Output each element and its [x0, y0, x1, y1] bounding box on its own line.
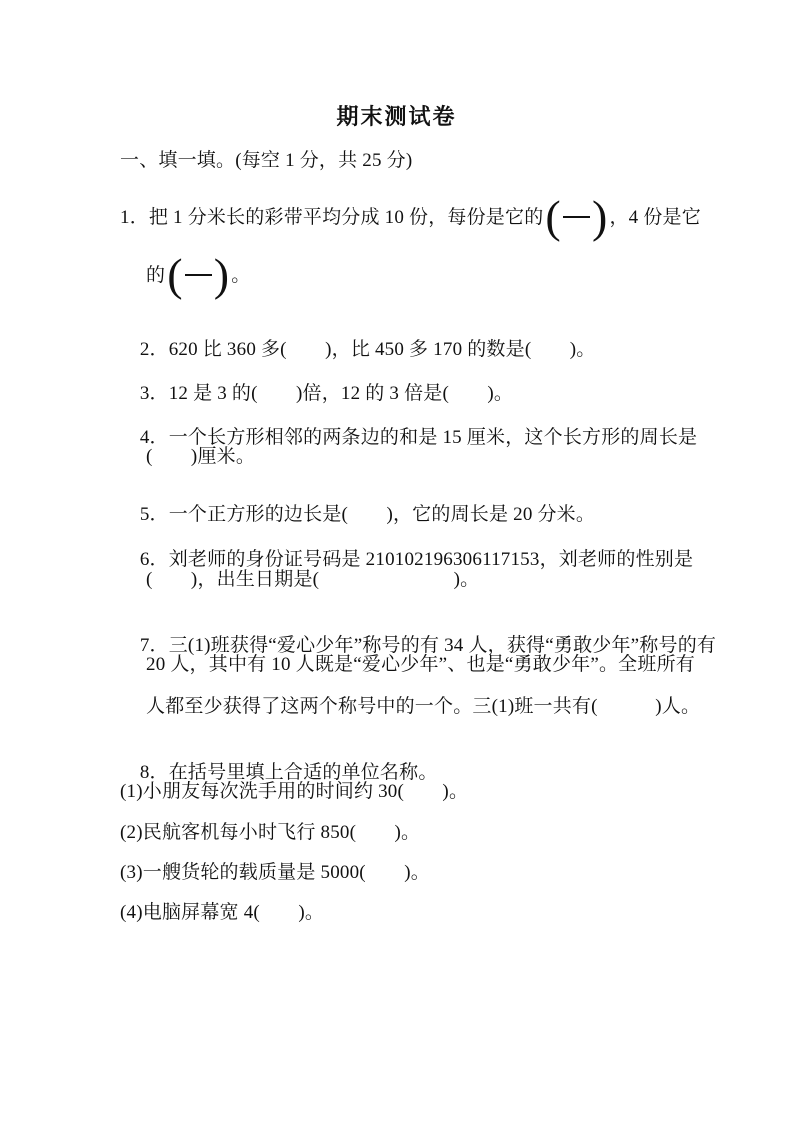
page-title: 期末测试卷 [0, 100, 793, 131]
section-heading: 一、填一填。(每空 1 分，共 25 分) [120, 149, 412, 172]
question-4-line-2: ( )厘米。 [146, 445, 255, 468]
question-7-line-3: 人都至少获得了这两个称号中的一个。三(1)班一共有( )人。 [146, 695, 700, 718]
question-1-line-2: 的()。 [146, 246, 250, 304]
question-1-line-1: 1．把 1 分米长的彩带平均分成 10 份，每份是它的()，4 份是它 [120, 188, 701, 246]
question-1-text-pre: 把 1 分米长的彩带平均分成 10 份，每份是它的 [149, 206, 544, 229]
question-1-line2-post: 。 [231, 264, 250, 287]
fraction-blank-icon: () [545, 192, 607, 242]
fraction-bar [185, 274, 212, 276]
question-8-item-1: (1)小朋友每次洗手用的时间约 30( )。 [120, 780, 468, 803]
fraction-open-paren: ( [167, 250, 183, 300]
question-1-line2-pre: 的 [146, 264, 165, 287]
question-5-number: 5． [140, 504, 169, 525]
question-8-item-4: (4)电脑屏幕宽 4( )。 [120, 901, 324, 924]
fraction-open-paren: ( [545, 192, 561, 242]
question-6-text: 刘老师的身份证号码是 210102196306117153，刘老师的性别是 [169, 549, 693, 570]
fraction-bar [563, 216, 590, 218]
fraction-blank-icon: () [167, 250, 229, 300]
question-2-number: 2． [140, 339, 169, 360]
question-8-item-3: (3)一艘货轮的载质量是 5000( )。 [120, 861, 430, 884]
fraction-close-paren: ) [214, 250, 230, 300]
question-5-text: 一个正方形的边长是( )，它的周长是 20 分米。 [169, 504, 595, 525]
question-6-number: 6． [140, 549, 169, 570]
question-3-text: 12 是 3 的( )倍，12 的 3 倍是( )。 [169, 383, 513, 404]
question-6-line-2: ( )，出生日期是( )。 [146, 568, 479, 591]
document-page: 期末测试卷 一、填一填。(每空 1 分，共 25 分) 1．把 1 分米长的彩带… [0, 0, 793, 1122]
question-1-text-post: ，4 份是它 [609, 206, 700, 229]
question-7-line-2: 20 人，其中有 10 人既是“爱心少年”、也是“勇敢少年”。全班所有 [146, 653, 695, 676]
question-3-number: 3． [140, 383, 169, 404]
question-1-number: 1． [120, 206, 149, 229]
question-2-text: 620 比 360 多( )，比 450 多 170 的数是( )。 [169, 339, 596, 360]
question-8-item-2: (2)民航客机每小时飞行 850( )。 [120, 821, 420, 844]
fraction-close-paren: ) [592, 192, 608, 242]
